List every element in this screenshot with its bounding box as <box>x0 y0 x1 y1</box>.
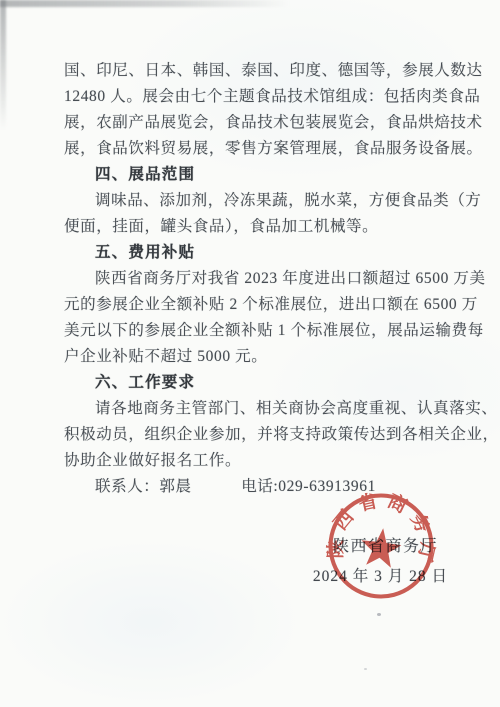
section-heading-5: 五、费用补贴 <box>64 240 440 266</box>
body-line: 便面，挂面，罐头食品），食品加工机械等。 <box>64 214 440 240</box>
body-line: 12480 人。展会由七个主题食品技术馆组成：包括肉类食品 <box>64 84 440 110</box>
body-line: 协助企业做好报名工作。 <box>64 448 440 474</box>
official-red-seal: 陕西省商务厅 <box>317 482 444 609</box>
scanned-document-page: 国、印尼、日本、韩国、泰国、印度、德国等，参展人数达 12480 人。展会由七个… <box>0 0 500 707</box>
body-line: 陕西省商务厅对我省 2023 年度进出口额超过 6500 万美 <box>64 266 440 292</box>
scan-edge-artifact-top <box>0 0 290 7</box>
contact-person: 联系人：郭晨 <box>95 478 192 495</box>
section-heading-6: 六、工作要求 <box>64 370 440 396</box>
seal-star-icon <box>359 526 404 569</box>
body-line: 请各地商务主管部门、相关商协会高度重视、认真落实、 <box>64 396 440 422</box>
document-text-block: 国、印尼、日本、韩国、泰国、印度、德国等，参展人数达 12480 人。展会由七个… <box>64 58 440 500</box>
body-line: 户企业补贴不超过 5000 元。 <box>64 344 440 370</box>
body-line: 积极动员，组织企业参加，并将支持政策传达到各相关企业， <box>64 422 440 448</box>
scan-speck <box>364 668 367 670</box>
body-line: 展，农副产品展览会，食品技术包装展览会，食品烘焙技术 <box>64 110 440 136</box>
body-line: 调味品、添加剂，冷冻果蔬，脱水菜，方便食品类（方 <box>64 188 440 214</box>
body-line: 国、印尼、日本、韩国、泰国、印度、德国等，参展人数达 <box>64 58 440 84</box>
scan-speck <box>377 613 381 616</box>
scan-edge-artifact-left <box>0 0 6 130</box>
body-line: 展，食品饮料贸易展，零售方案管理展，食品服务设备展。 <box>64 136 440 162</box>
body-line: 元的参展企业全额补贴 2 个标准展位，进出口额在 6500 万 <box>64 292 440 318</box>
body-line: 美元以下的参展企业全额补贴 1 个标准展位，展品运输费每 <box>64 318 440 344</box>
section-heading-4: 四、展品范围 <box>64 162 440 188</box>
